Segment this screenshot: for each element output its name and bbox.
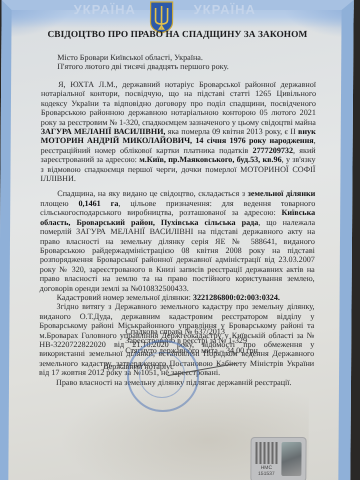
place-line: Місто Бровари Київської області, Україна… bbox=[57, 53, 297, 62]
security-hologram: НМС 151537 bbox=[250, 437, 306, 480]
land-area: 0,1461 га bbox=[78, 199, 118, 208]
trident-emblem-icon bbox=[148, 0, 174, 34]
document-title: СВІДОЦТВО ПРО ПРАВО НА СПАДЩИНУ ЗА ЗАКОН… bbox=[1, 30, 353, 40]
cadastral-number: 3221286800:02:003:0324. bbox=[193, 293, 280, 302]
paragraph-inheritance-land: Спадщина, на яку видано це свідоцтво, ск… bbox=[40, 189, 316, 292]
place-and-date: Місто Бровари Київської області, Україна… bbox=[57, 53, 297, 72]
tax-number: 2777209732 bbox=[253, 146, 294, 155]
date-line: П'ятого лютого дві тисячі двадцять першо… bbox=[57, 62, 297, 71]
hologram-serial: НМС 151537 bbox=[253, 465, 279, 477]
paragraph-notary-statement: Я, ЮХТА Л.М., державний нотаріус Броварс… bbox=[40, 80, 316, 183]
signature-label: Державний нотаріус bbox=[103, 362, 174, 371]
hologram-image bbox=[281, 442, 301, 476]
deceased-name: ЗАГУРА МЕЛАНІЇ ВАСИЛІВНИ, bbox=[41, 127, 166, 136]
heir-address: м.Київ, пр.Маяковського, буд.53, кв.96 bbox=[139, 155, 281, 164]
inheritance-certificate: УКРАЇНА УКРАЇНА СВІДОЦТВО ПРО ПРАВО НА С… bbox=[0, 0, 354, 480]
watermark-right: УКРАЇНА bbox=[194, 2, 256, 17]
watermark-left: УКРАЇНА bbox=[74, 2, 136, 17]
qr-code-icon bbox=[255, 442, 277, 464]
paragraph-cadastral-number: Кадастровий номер земельної ділянки: 322… bbox=[40, 293, 315, 302]
case-number: Спадкова справа № 637/2013 bbox=[125, 327, 285, 336]
